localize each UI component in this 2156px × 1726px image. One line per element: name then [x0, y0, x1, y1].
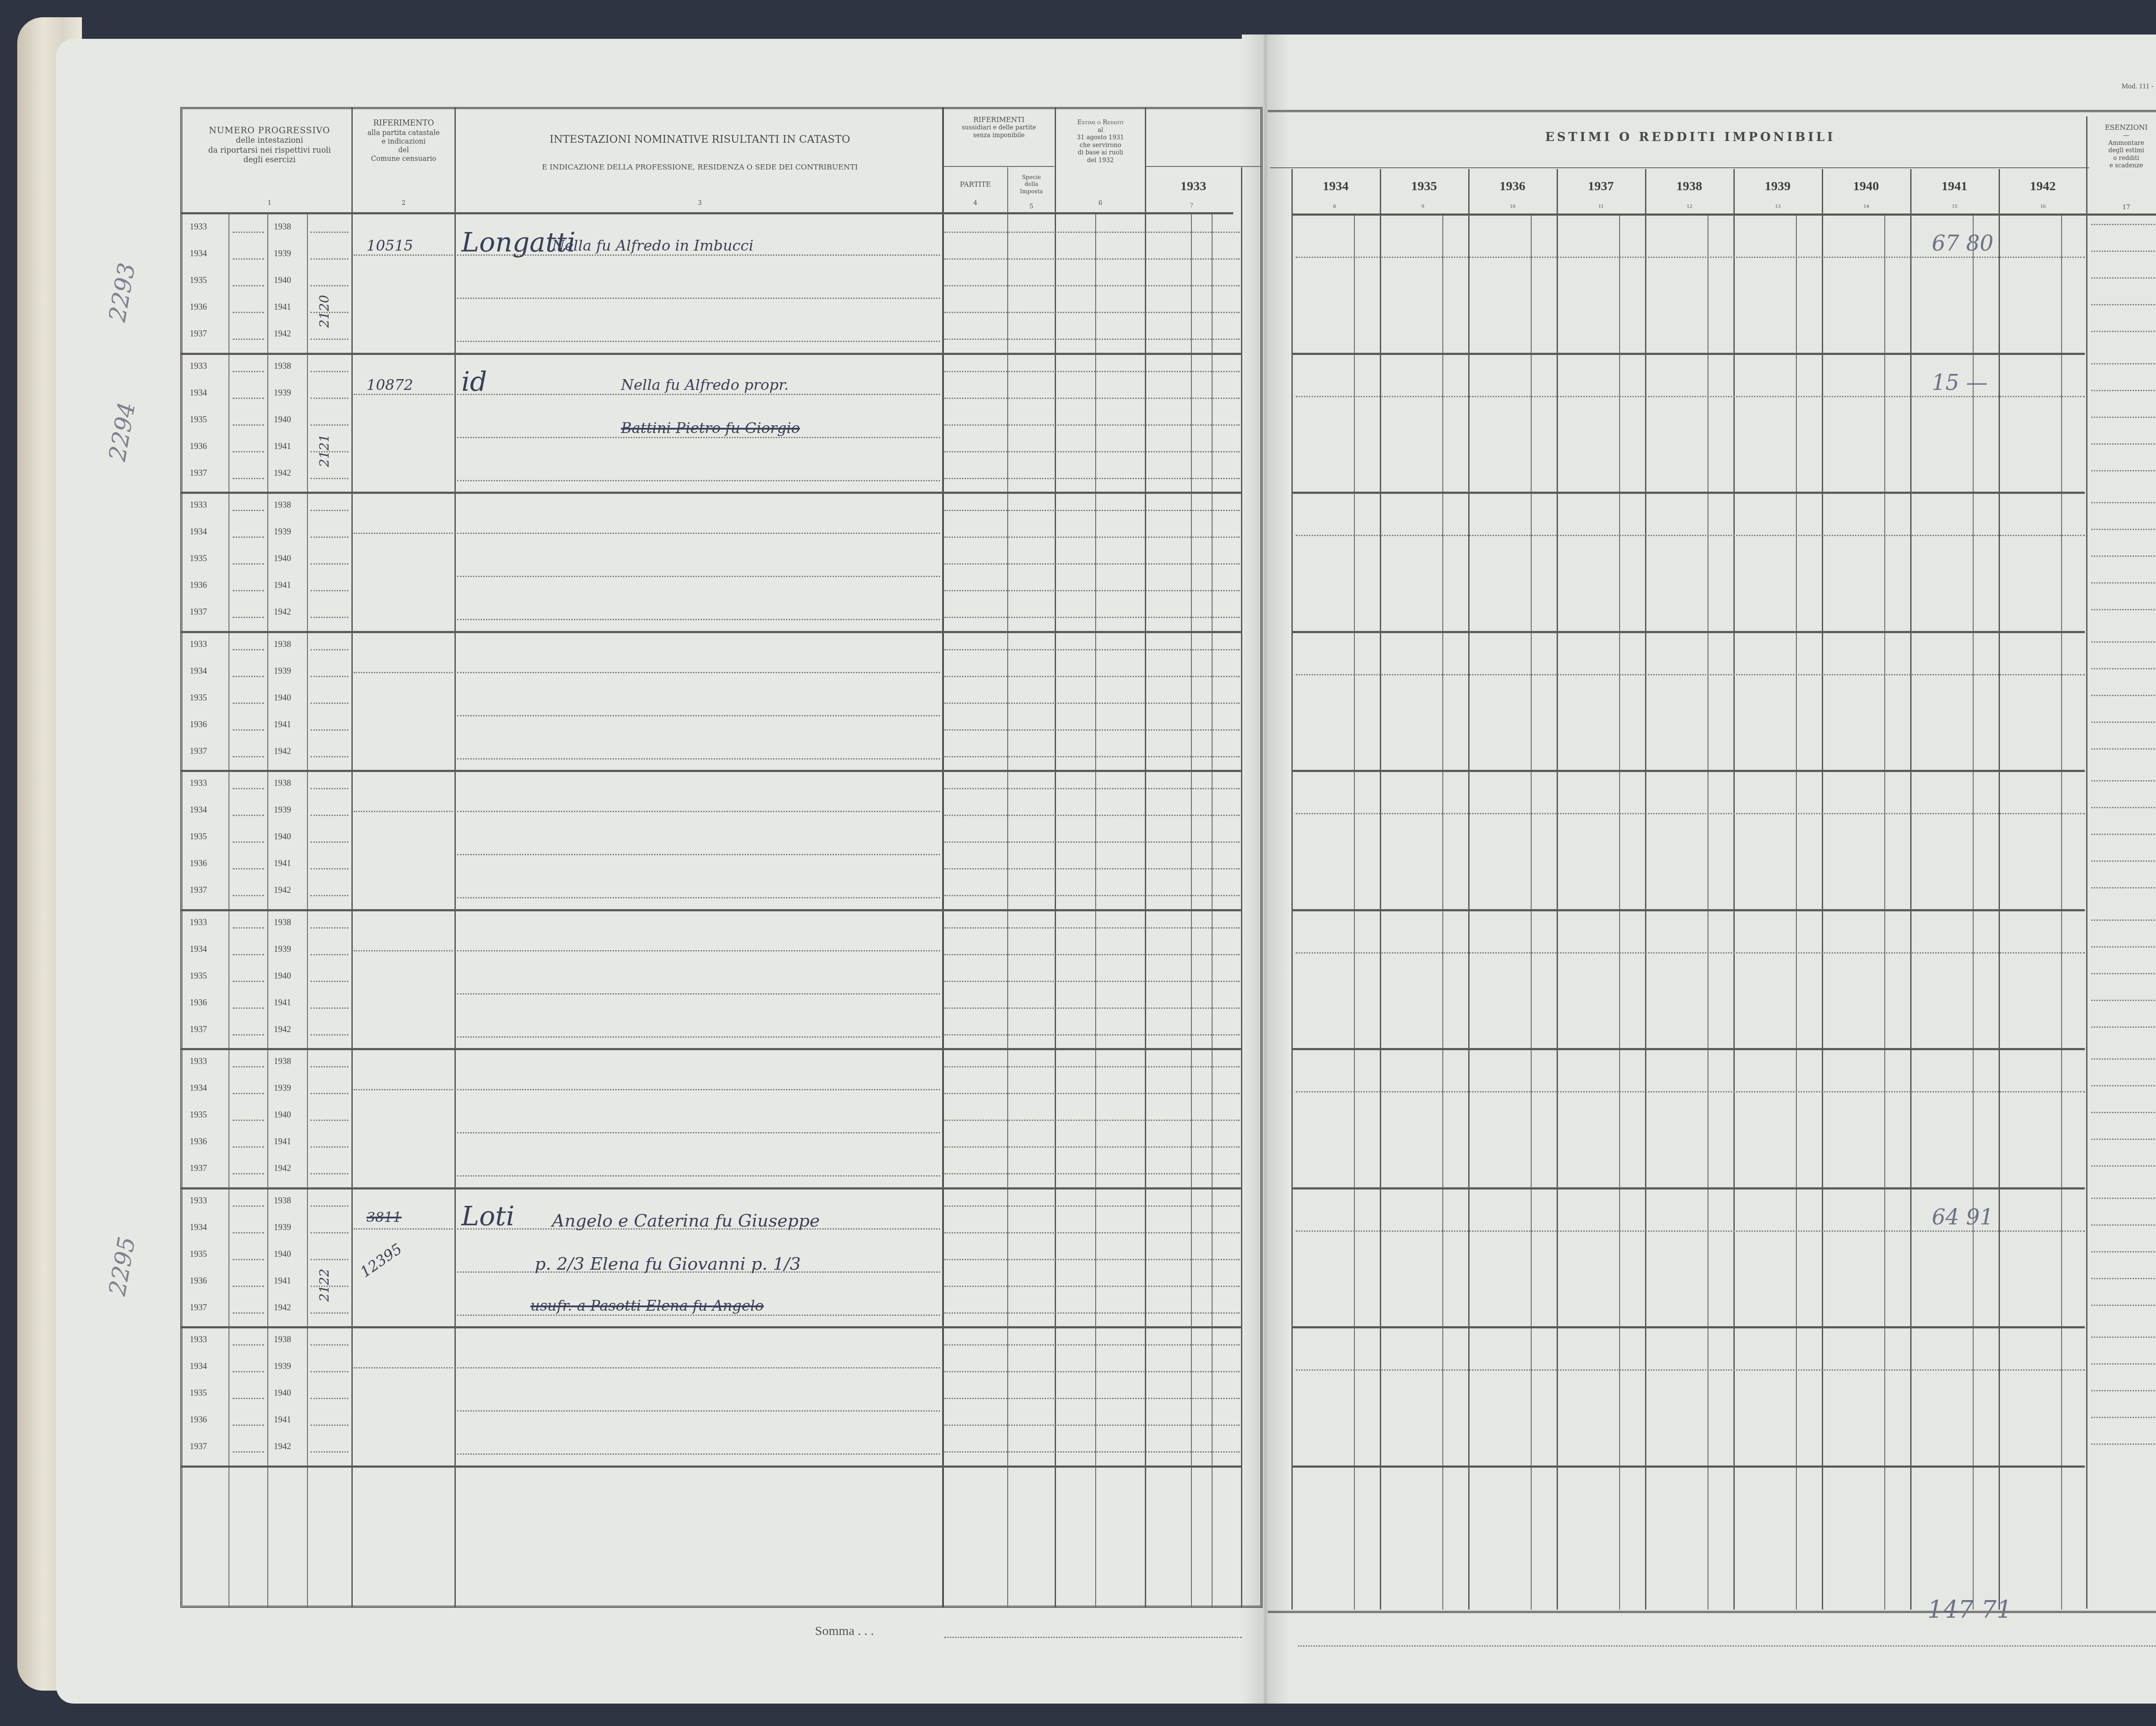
year-label: 1933	[190, 222, 207, 232]
dotted-rule	[354, 1228, 453, 1230]
header-year-1940: 1940	[1822, 179, 1910, 194]
header-esenzioni-title: ESENZIONI	[2088, 123, 2156, 132]
header-year-1933: 1933	[1147, 179, 1240, 194]
dotted-rule	[944, 895, 1240, 896]
dotted-rule	[354, 950, 453, 951]
dotted-rule	[310, 1344, 348, 1346]
dotted-rule	[233, 371, 264, 372]
header-line: degli estimi	[2088, 147, 2156, 155]
year-label: 1936	[190, 998, 207, 1008]
divider	[1270, 167, 2089, 168]
reference-number: 2122	[317, 1268, 332, 1301]
dotted-rule	[233, 1451, 264, 1453]
dotted-rule	[944, 451, 1240, 452]
header-line: alla partita catastale	[353, 129, 454, 137]
dotted-rule	[2091, 946, 2156, 948]
dotted-rule	[233, 1173, 264, 1174]
divider	[1145, 108, 1146, 1607]
header-line: e scadenze	[2088, 162, 2156, 170]
dotted-rule	[233, 1007, 264, 1009]
year-label: 1937	[190, 468, 207, 478]
dotted-rule	[233, 1398, 264, 1399]
divider	[1733, 169, 1735, 1610]
dotted-rule	[2091, 277, 2156, 279]
dotted-rule	[310, 1034, 348, 1036]
dotted-rule	[2091, 973, 2156, 974]
dotted-rule	[233, 954, 264, 955]
year-label: 1937	[190, 1442, 207, 1452]
dotted-rule	[1296, 257, 2085, 258]
year-label: 1942	[274, 468, 291, 478]
dotted-rule	[457, 1036, 940, 1038]
dotted-rule	[457, 950, 940, 951]
divider	[1796, 213, 1797, 1610]
year-label: 1936	[190, 1137, 207, 1147]
header-dash: —	[2088, 132, 2156, 140]
header-estimi-title: Estimi o Redditi	[1056, 119, 1145, 127]
dotted-rule	[233, 729, 264, 731]
year-label: 1938	[274, 500, 291, 510]
sum-line	[1298, 1645, 2156, 1647]
dotted-rule	[233, 1371, 264, 1372]
header-line: della	[1008, 181, 1055, 188]
right-table-frame	[1268, 110, 2156, 1613]
estimi-title: ESTIMI O REDDITI IMPONIBILI	[1294, 129, 2087, 144]
year-label: 1934	[190, 1223, 207, 1233]
year-label: 1933	[190, 1196, 207, 1206]
dotted-rule	[310, 1371, 348, 1372]
year-label: 1942	[274, 1442, 291, 1452]
year-label: 1938	[274, 640, 291, 650]
dotted-rule	[354, 672, 453, 673]
dotted-rule	[944, 729, 1240, 731]
dotted-rule	[2091, 1224, 2156, 1226]
dotted-rule	[310, 232, 348, 233]
dotted-rule	[310, 868, 348, 869]
column-number: 10	[1510, 203, 1516, 210]
year-label: 1934	[190, 805, 207, 815]
dotted-rule	[944, 1344, 1240, 1346]
dotted-rule	[944, 1232, 1240, 1233]
dotted-rule	[944, 927, 1240, 929]
dotted-rule	[2091, 641, 2156, 643]
header-line: e indicazioni	[353, 137, 454, 146]
owner-surname: id	[461, 366, 487, 397]
year-label: 1938	[274, 1196, 291, 1206]
dotted-rule	[233, 1232, 264, 1233]
dotted-rule	[310, 1312, 348, 1314]
year-label: 1936	[190, 581, 207, 590]
year-label: 1935	[190, 832, 207, 842]
divider	[1531, 213, 1532, 1610]
dotted-rule	[310, 649, 348, 650]
block-separator	[181, 1048, 1242, 1050]
dotted-rule	[310, 398, 348, 399]
dotted-rule	[2091, 1000, 2156, 1001]
block-separator	[1291, 1187, 2085, 1189]
owner-details: p. 2/3 Elena fu Giovanni p. 1/3	[535, 1254, 801, 1274]
dotted-rule	[2091, 1139, 2156, 1140]
dotted-rule	[233, 1066, 264, 1067]
header-year-1936: 1936	[1468, 179, 1557, 194]
dotted-rule	[2091, 609, 2156, 610]
divider	[2086, 116, 2087, 1609]
block-separator	[181, 492, 1242, 494]
dotted-rule	[310, 339, 348, 340]
dotted-rule	[457, 672, 940, 673]
year-label: 1942	[274, 1025, 291, 1035]
dotted-rule	[944, 868, 1240, 869]
dotted-rule	[310, 1173, 348, 1174]
year-label: 1940	[274, 832, 291, 842]
divider	[942, 108, 944, 1607]
dotted-rule	[310, 729, 348, 731]
dotted-rule	[2091, 470, 2156, 471]
sum-line	[944, 1637, 1242, 1638]
header-line: degli esercizi	[185, 155, 354, 165]
dotted-rule	[944, 1451, 1240, 1453]
dotted-rule	[310, 788, 348, 789]
column-number: 11	[1598, 203, 1604, 210]
dotted-rule	[457, 854, 940, 855]
block-separator	[181, 770, 1242, 772]
dotted-rule	[310, 478, 348, 479]
dotted-rule	[310, 841, 348, 843]
year-label: 1935	[190, 971, 207, 981]
block-separator	[181, 353, 1242, 355]
dotted-rule	[2091, 1417, 2156, 1418]
year-label: 1941	[274, 998, 291, 1008]
year-label: 1939	[274, 249, 291, 259]
dotted-rule	[457, 394, 940, 395]
column-number: 9	[1422, 203, 1425, 210]
header-year-1942: 1942	[1999, 179, 2087, 194]
partita-struck: 3811	[367, 1209, 401, 1225]
block-separator	[1291, 1326, 2085, 1328]
divider	[1241, 167, 1242, 1607]
dotted-rule	[457, 533, 940, 534]
dotted-rule	[2091, 443, 2156, 445]
dotted-rule	[944, 371, 1240, 372]
header-line: che servirono	[1056, 142, 1145, 150]
header-line: da riportarsi nei rispettivi ruoli	[185, 146, 354, 156]
dotted-rule	[310, 590, 348, 591]
dotted-rule	[310, 1007, 348, 1009]
year-label: 1933	[190, 640, 207, 650]
dotted-rule	[310, 1146, 348, 1148]
year-label: 1938	[274, 918, 291, 928]
dotted-rule	[233, 703, 264, 704]
dotted-rule	[310, 927, 348, 929]
block-separator	[181, 1466, 1242, 1468]
dotted-rule	[944, 1312, 1240, 1314]
form-code: Mod. 111 - Imposte Dirette (Intercalare)…	[2122, 82, 2156, 91]
block-separator	[1291, 1466, 2085, 1468]
header-numero-progressivo: NUMERO PROGRESSIVO delle intestazioni da…	[185, 125, 354, 211]
year-label: 1940	[274, 971, 291, 981]
dotted-rule	[944, 590, 1240, 591]
year-label: 1938	[274, 1335, 291, 1345]
year-label: 1934	[190, 1083, 207, 1093]
dotted-rule	[1296, 1091, 2085, 1092]
dotted-rule	[457, 619, 940, 620]
year-label: 1934	[190, 666, 207, 676]
dotted-rule	[310, 676, 348, 677]
dotted-rule	[944, 1173, 1240, 1174]
year-label: 1934	[190, 1362, 207, 1371]
dotted-rule	[310, 371, 348, 372]
divider	[1468, 169, 1470, 1610]
year-label: 1942	[274, 607, 291, 617]
dotted-rule	[233, 1120, 264, 1121]
year-label: 1935	[190, 276, 207, 286]
year-label: 1934	[190, 527, 207, 537]
header-intestazioni-title: INTESTAZIONI NOMINATIVE RISULTANTI IN CA…	[456, 133, 943, 146]
dotted-rule	[457, 811, 940, 812]
dotted-rule	[944, 1007, 1240, 1009]
dotted-rule	[2091, 555, 2156, 557]
year-label: 1935	[190, 554, 207, 564]
divider	[1884, 213, 1885, 1610]
column-number: 15	[1952, 203, 1958, 210]
header-bottom-rule	[1291, 213, 2156, 216]
dotted-rule	[310, 981, 348, 982]
dotted-rule	[457, 715, 940, 716]
dotted-rule	[944, 1066, 1240, 1067]
year-label: 1941	[274, 1137, 291, 1147]
header-year-1939: 1939	[1733, 179, 1822, 194]
header-riferimento-title: RIFERIMENTO	[353, 119, 454, 129]
year-label: 1938	[274, 361, 291, 371]
column-number: 8	[1333, 203, 1336, 210]
dotted-rule	[233, 788, 264, 789]
year-label: 1937	[190, 885, 207, 895]
dotted-rule	[354, 254, 453, 256]
dotted-rule	[944, 981, 1240, 982]
year-label: 1939	[274, 1362, 291, 1371]
year-label: 1941	[274, 720, 291, 730]
year-label: 1934	[190, 388, 207, 398]
year-label: 1936	[190, 1415, 207, 1425]
block-separator	[181, 909, 1242, 911]
dotted-rule	[233, 1286, 264, 1287]
year-label: 1942	[274, 329, 291, 339]
dotted-rule	[2091, 1165, 2156, 1167]
dotted-rule	[2091, 919, 2156, 921]
dotted-rule	[457, 480, 940, 481]
year-label: 1934	[190, 945, 207, 954]
dotted-rule	[457, 897, 940, 898]
owner-details: Nella fu Alfredo in Imbucci	[552, 237, 753, 254]
dotted-rule	[233, 563, 264, 565]
dotted-rule	[1296, 674, 2085, 675]
divider	[1822, 169, 1823, 1610]
year-label: 1933	[190, 361, 207, 371]
left-table-frame	[180, 107, 1263, 1608]
owner-details: Nella fu Alfredo propr.	[621, 377, 789, 394]
dotted-rule	[2091, 722, 2156, 723]
dotted-rule	[310, 1120, 348, 1121]
dotted-rule	[1296, 1230, 2085, 1232]
dotted-rule	[310, 1232, 348, 1233]
divider	[1354, 213, 1355, 1610]
dotted-rule	[2091, 390, 2156, 391]
dotted-rule	[2091, 1363, 2156, 1365]
divider	[1055, 108, 1056, 1607]
partita-number: 10515	[367, 237, 413, 254]
dotted-rule	[2091, 1444, 2156, 1445]
dotted-rule	[457, 993, 940, 995]
dotted-rule	[2091, 582, 2156, 584]
dotted-rule	[233, 895, 264, 896]
dotted-rule	[233, 649, 264, 650]
header-line: o redditi	[2088, 155, 2156, 163]
dotted-rule	[457, 437, 940, 438]
dotted-rule	[457, 576, 940, 577]
dotted-rule	[233, 312, 264, 313]
dotted-rule	[354, 1367, 453, 1368]
year-label: 1936	[190, 720, 207, 730]
column-number: 1	[185, 200, 354, 207]
header-riferimenti-title: RIFERIMENTI	[943, 116, 1054, 124]
dotted-rule	[233, 1034, 264, 1036]
dotted-rule	[310, 1451, 348, 1453]
dotted-rule	[2091, 502, 2156, 503]
struck-details: Battini Pietro fu Giorgio	[621, 420, 800, 437]
year-label: 1941	[274, 1415, 291, 1425]
dotted-rule	[310, 756, 348, 757]
dotted-rule	[2091, 1305, 2156, 1306]
header-estimi-1931: Estimi o Redditi al 31 agosto 1931 che s…	[1056, 116, 1145, 211]
year-label: 1938	[274, 1057, 291, 1067]
dotted-rule	[944, 788, 1240, 789]
dotted-rule	[944, 1034, 1240, 1036]
dotted-rule	[310, 537, 348, 538]
dotted-rule	[233, 756, 264, 757]
year-label: 1940	[274, 554, 291, 564]
dotted-rule	[233, 1146, 264, 1148]
year-label: 1937	[190, 1303, 207, 1313]
year-label: 1940	[274, 276, 291, 286]
dotted-rule	[457, 758, 940, 759]
dotted-rule	[944, 676, 1240, 677]
dotted-rule	[233, 590, 264, 591]
column-number: 6	[1056, 200, 1145, 207]
dotted-rule	[2091, 748, 2156, 750]
dotted-rule	[457, 1175, 940, 1177]
header-line: del	[353, 146, 454, 154]
owner-surname: Loti	[461, 1200, 514, 1232]
year-label: 1941	[274, 1276, 291, 1286]
header-year-1934: 1934	[1291, 179, 1380, 194]
dotted-rule	[457, 1453, 940, 1455]
dotted-rule	[233, 868, 264, 869]
dotted-rule	[2091, 1337, 2156, 1338]
dotted-rule	[310, 1066, 348, 1067]
column-number: 12	[1687, 203, 1692, 210]
dotted-rule	[1296, 952, 2085, 954]
dotted-rule	[457, 1132, 940, 1133]
header-line: Specie	[1008, 174, 1055, 181]
year-label: 1941	[274, 581, 291, 590]
year-label: 1941	[274, 302, 291, 312]
year-label: 1936	[190, 859, 207, 869]
header-line: del 1932	[1056, 157, 1145, 165]
dotted-rule	[354, 394, 453, 395]
divider	[1291, 169, 1293, 1610]
year-label: 1935	[190, 1110, 207, 1120]
header-bottom-rule	[181, 212, 1233, 214]
dotted-rule	[233, 398, 264, 399]
dotted-rule	[944, 841, 1240, 843]
header-year-1937: 1937	[1557, 179, 1645, 194]
dotted-rule	[310, 703, 348, 704]
year-label: 1939	[274, 527, 291, 537]
dotted-rule	[1296, 396, 2085, 397]
dotted-rule	[233, 1425, 264, 1426]
dotted-rule	[2091, 251, 2156, 252]
column-number: 13	[1775, 203, 1781, 210]
dotted-rule	[2091, 529, 2156, 530]
year-label: 1936	[190, 302, 207, 312]
dotted-rule	[310, 1205, 348, 1207]
header-intestazioni-subtitle: E INDICAZIONE DELLA PROFESSIONE, RESIDEN…	[456, 163, 943, 172]
divider	[351, 108, 353, 1607]
header-partite: PARTITE 4	[943, 168, 1007, 211]
column-number: 3	[456, 200, 943, 207]
dotted-rule	[233, 617, 264, 618]
dotted-rule	[1296, 1369, 2085, 1371]
dotted-rule	[233, 537, 264, 538]
dotted-rule	[2091, 1085, 2156, 1086]
year-label: 1936	[190, 442, 207, 452]
header-line: senza imponibile	[943, 132, 1054, 140]
dotted-rule	[310, 1425, 348, 1426]
dotted-rule	[2091, 1112, 2156, 1113]
dotted-rule	[354, 1089, 453, 1090]
dotted-rule	[944, 815, 1240, 816]
dotted-rule	[233, 676, 264, 677]
dotted-rule	[2091, 417, 2156, 418]
year-label: 1940	[274, 415, 291, 425]
year-label: 1939	[274, 945, 291, 954]
dotted-rule	[944, 1371, 1240, 1372]
total-1941: 147 71	[1927, 1596, 2012, 1624]
year-label: 1935	[190, 1249, 207, 1259]
dotted-rule	[354, 811, 453, 812]
dotted-rule	[944, 285, 1240, 286]
block-separator	[1291, 353, 2085, 355]
year-label: 1939	[274, 1223, 291, 1233]
divider	[1619, 213, 1620, 1610]
block-separator	[1291, 631, 2085, 633]
dotted-rule	[2091, 1278, 2156, 1279]
header-specie-imposta: Specie della Imposta 5	[1008, 169, 1055, 211]
dotted-rule	[233, 1344, 264, 1346]
header-line: Ammontare	[2088, 140, 2156, 147]
year-label: 1935	[190, 1388, 207, 1398]
dotted-rule	[944, 703, 1240, 704]
block-separator	[1291, 909, 2085, 911]
partita-number: 10872	[367, 377, 413, 394]
dotted-rule	[457, 341, 940, 342]
year-label: 1942	[274, 885, 291, 895]
header-line: delle intestazioni	[185, 136, 354, 146]
dotted-rule	[310, 895, 348, 896]
dotted-rule	[2091, 363, 2156, 364]
dotted-rule	[944, 258, 1240, 260]
dotted-rule	[2091, 1198, 2156, 1199]
